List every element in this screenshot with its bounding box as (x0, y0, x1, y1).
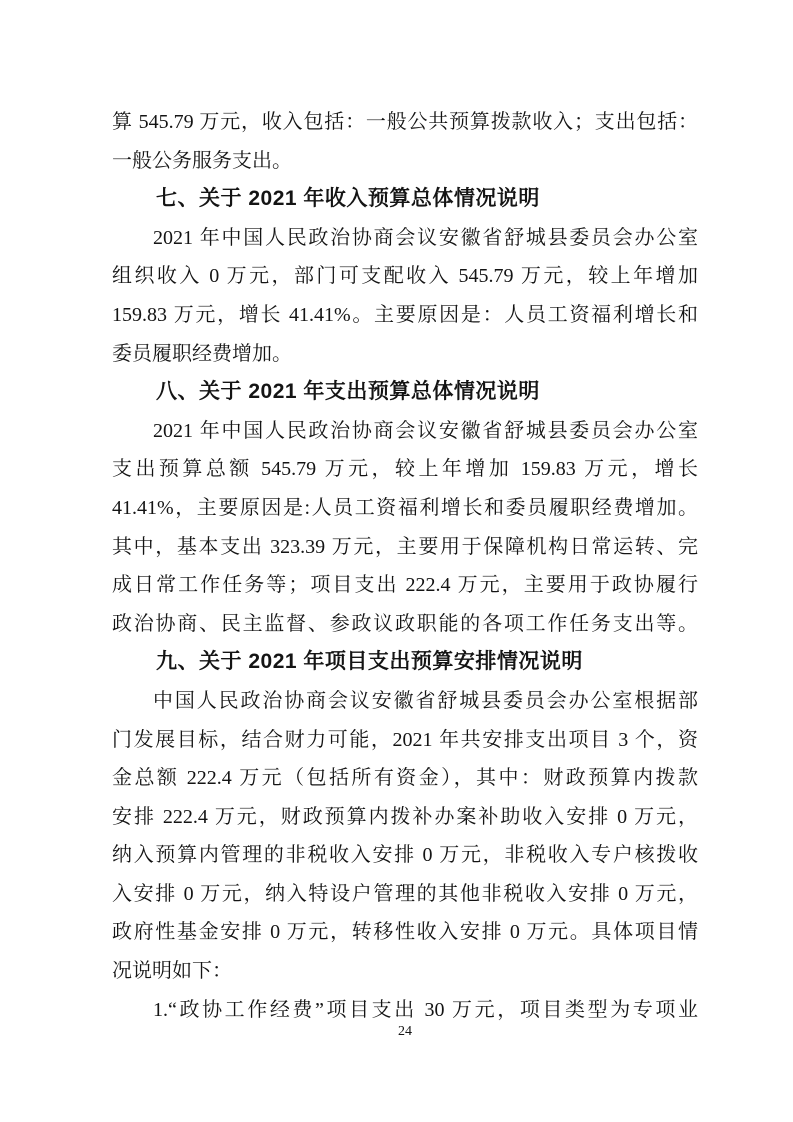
section-heading-7: 七、关于 2021 年收入预算总体情况说明 (112, 180, 698, 219)
body-line: 纳入预算内管理的非税收入安排 0 万元，非税收入专户核拨收 (112, 836, 698, 875)
section-heading-8: 八、关于 2021 年支出预算总体情况说明 (112, 373, 698, 412)
document-page: 算 545.79 万元，收入包括：一般公共预算拨款收入；支出包括： 一般公务服务… (0, 0, 793, 1122)
body-line: 政府性基金安排 0 万元，转移性收入安排 0 万元。具体项目情 (112, 913, 698, 952)
body-line: 金总额 222.4 万元（包括所有资金），其中：财政预算内拨款 (112, 759, 698, 798)
section-heading-9: 九、关于 2021 年项目支出预算安排情况说明 (112, 643, 698, 682)
body-line: 成日常工作任务等；项目支出 222.4 万元，主要用于政协履行 (112, 566, 698, 605)
body-line: 入安排 0 万元，纳入特设户管理的其他非税收入安排 0 万元， (112, 875, 698, 914)
body-line: 2021 年中国人民政治协商会议安徽省舒城县委员会办公室 (112, 219, 698, 258)
body-line: 其中，基本支出 323.39 万元，主要用于保障机构日常运转、完 (112, 528, 698, 567)
body-line: 2021 年中国人民政治协商会议安徽省舒城县委员会办公室 (112, 412, 698, 451)
body-line: 委员履职经费增加。 (112, 335, 698, 374)
body-line: 门发展目标，结合财力可能，2021 年共安排支出项目 3 个，资 (112, 721, 698, 760)
body-line: 支出预算总额 545.79 万元，较上年增加 159.83 万元，增长 (112, 450, 698, 489)
body-line: 41.41%，主要原因是:人员工资福利增长和委员履职经费增加。 (112, 489, 698, 528)
body-line: 159.83 万元，增长 41.41%。主要原因是：人员工资福利增长和 (112, 296, 698, 335)
body-line: 政治协商、民主监督、参政议政职能的各项工作任务支出等。 (112, 605, 698, 644)
body-line: 算 545.79 万元，收入包括：一般公共预算拨款收入；支出包括： (112, 103, 698, 142)
document-body: 算 545.79 万元，收入包括：一般公共预算拨款收入；支出包括： 一般公务服务… (112, 103, 698, 1029)
body-line: 况说明如下： (112, 952, 698, 991)
body-line: 安排 222.4 万元，财政预算内拨补办案补助收入安排 0 万元， (112, 798, 698, 837)
body-line: 一般公务服务支出。 (112, 142, 698, 181)
body-line: 中国人民政治协商会议安徽省舒城县委员会办公室根据部 (112, 682, 698, 721)
page-number: 24 (112, 1022, 698, 1042)
body-line: 组织收入 0 万元，部门可支配收入 545.79 万元，较上年增加 (112, 257, 698, 296)
